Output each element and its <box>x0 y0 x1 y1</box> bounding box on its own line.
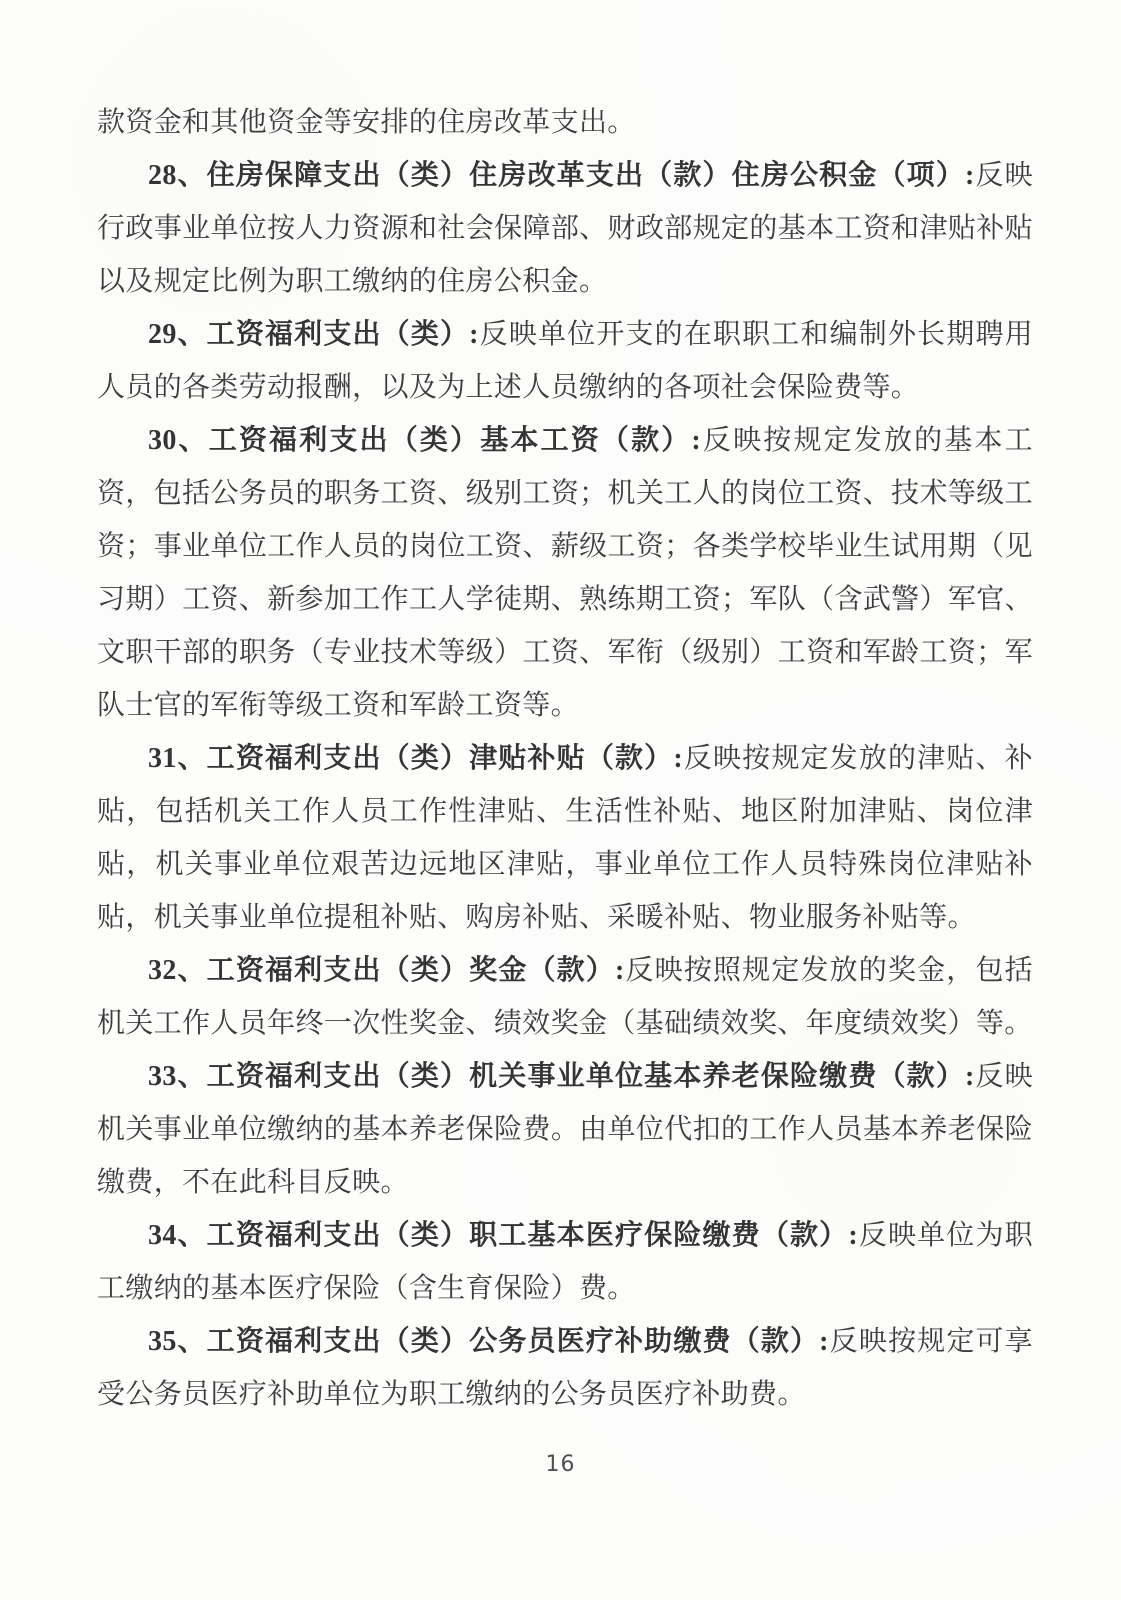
paragraph-heading: 35、工资福利支出（类）公务员医疗补助缴费（款）: <box>148 1326 829 1357</box>
document-body: 款资金和其他资金等安排的住房改革支出。 28、住房保障支出（类）住房改革支出（款… <box>97 96 1033 1421</box>
paragraph-item-33: 33、工资福利支出（类）机关事业单位基本养老保险缴费（款）:反映机关事业单位缴纳… <box>97 1050 1033 1209</box>
paragraph-item-31: 31、工资福利支出（类）津贴补贴（款）:反映按规定发放的津贴、补贴，包括机关工作… <box>97 732 1033 944</box>
paragraph-item-30: 30、工资福利支出（类）基本工资（款）:反映按规定发放的基本工资，包括公务员的职… <box>97 414 1033 732</box>
paragraph-item-34: 34、工资福利支出（类）职工基本医疗保险缴费（款）:反映单位为职工缴纳的基本医疗… <box>97 1209 1033 1315</box>
paragraph-continuation: 款资金和其他资金等安排的住房改革支出。 <box>97 96 1033 149</box>
paragraph-heading: 29、工资福利支出（类）: <box>148 319 479 350</box>
paragraph-item-35: 35、工资福利支出（类）公务员医疗补助缴费（款）:反映按规定可享受公务员医疗补助… <box>97 1315 1033 1421</box>
paragraph-item-29: 29、工资福利支出（类）:反映单位开支的在职职工和编制外长期聘用人员的各类劳动报… <box>97 308 1033 414</box>
paragraph-heading: 31、工资福利支出（类）津贴补贴（款）: <box>148 743 683 774</box>
paragraph-item-28: 28、住房保障支出（类）住房改革支出（款）住房公积金（项）:反映行政事业单位按人… <box>97 149 1033 308</box>
paragraph-heading: 34、工资福利支出（类）职工基本医疗保险缴费（款）: <box>148 1220 858 1251</box>
paragraph-text: 反映按规定发放的基本工资，包括公务员的职务工资、级别工资；机关工人的岗位工资、技… <box>97 425 1033 721</box>
paragraph-heading: 32、工资福利支出（类）奖金（款）: <box>148 955 625 986</box>
paragraph-heading: 33、工资福利支出（类）机关事业单位基本养老保险缴费（款）: <box>148 1061 975 1092</box>
paragraph-heading: 28、住房保障支出（类）住房改革支出（款）住房公积金（项）: <box>148 160 975 191</box>
document-page: 款资金和其他资金等安排的住房改革支出。 28、住房保障支出（类）住房改革支出（款… <box>0 0 1121 1600</box>
paragraph-heading: 30、工资福利支出（类）基本工资（款）: <box>148 425 701 456</box>
paragraph-text: 款资金和其他资金等安排的住房改革支出。 <box>97 107 636 138</box>
paragraph-item-32: 32、工资福利支出（类）奖金（款）:反映按照规定发放的奖金，包括机关工作人员年终… <box>97 944 1033 1050</box>
page-number: 16 <box>0 1450 1121 1480</box>
